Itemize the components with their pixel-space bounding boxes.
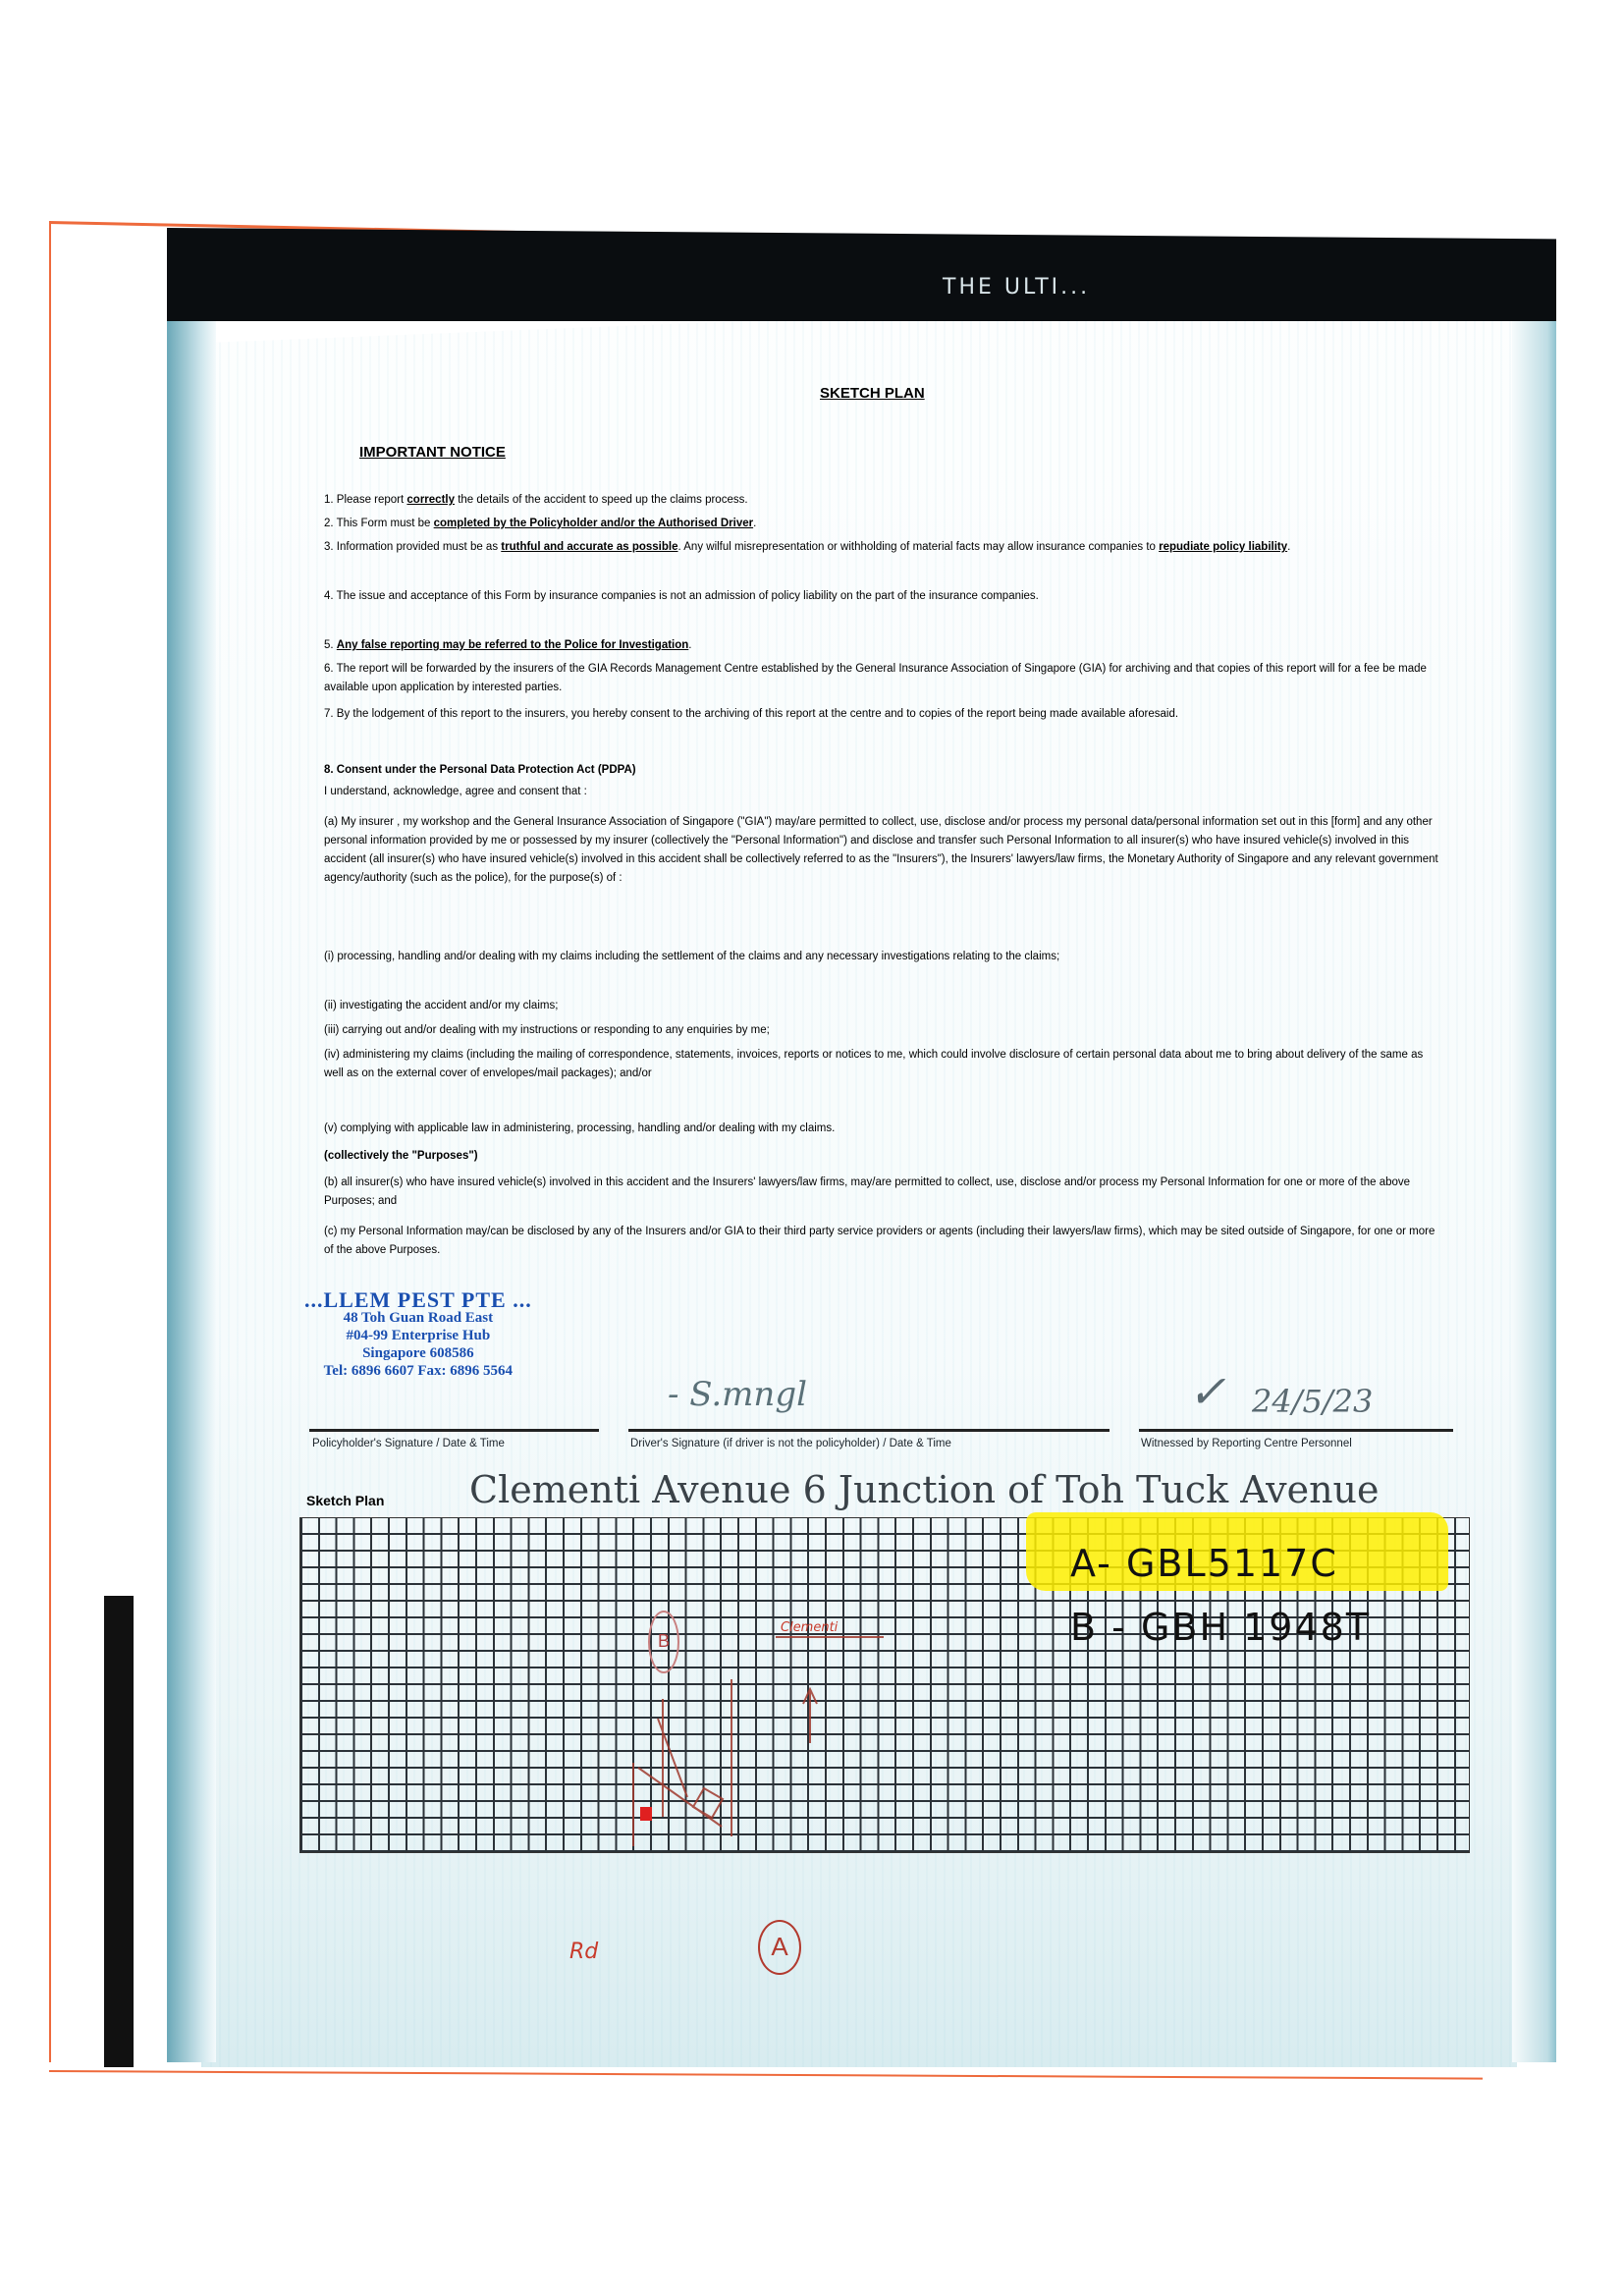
left-black-edge — [104, 1596, 134, 2067]
policyholder-signature-line — [309, 1429, 599, 1432]
witness-signature-line — [1139, 1429, 1453, 1432]
accident-sketch-drawing — [550, 1571, 943, 1866]
notice-item: 5. Any false reporting may be referred t… — [324, 636, 1443, 655]
notice-item: 7. By the lodgement of this report to th… — [324, 705, 1443, 724]
sketch-plan-label: Sketch Plan — [306, 1493, 384, 1508]
purpose-item: (v) complying with applicable law in adm… — [324, 1120, 1443, 1138]
road-label-rd: Rd — [569, 1940, 598, 1964]
pdpa-clause-c: (c) my Personal Information may/can be d… — [324, 1223, 1443, 1260]
witness-date: 24/5/23 — [1252, 1383, 1373, 1420]
notice-item: 3. Information provided must be as truth… — [324, 538, 1443, 557]
notice-item: 6. The report will be forwarded by the i… — [324, 660, 1443, 697]
stamp-address-2: #04-99 Enterprise Hub — [304, 1327, 532, 1344]
stamp-phone: Tel: 6896 6607 Fax: 6896 5564 — [304, 1362, 532, 1380]
stamp-company: ...LLEM PEST PTE ... — [304, 1291, 532, 1309]
driver-signature: - S.mngl — [668, 1375, 807, 1414]
vehicle-a-plate: A- GBL5117C — [1070, 1542, 1338, 1585]
driver-signature-label: Driver's Signature (if driver is not the… — [630, 1436, 1102, 1451]
purposes-label: (collectively the "Purposes") — [324, 1147, 1443, 1166]
page-left-shadow — [167, 295, 216, 2062]
purpose-item: (i) processing, handling and/or dealing … — [324, 948, 1443, 966]
header-band-text: THE ULTI... — [943, 275, 1090, 300]
notice-item: 4. The issue and acceptance of this Form… — [324, 587, 1443, 606]
notice-item: 1. Please report correctly the details o… — [324, 491, 1443, 510]
pdpa-heading: 8. Consent under the Personal Data Prote… — [324, 761, 1443, 780]
driver-signature-line — [628, 1429, 1110, 1432]
policyholder-signature-label: Policyholder's Signature / Date & Time — [312, 1436, 597, 1451]
pdpa-clause-b: (b) all insurer(s) who have insured vehi… — [324, 1174, 1443, 1211]
pdpa-clause-a: (a) My insurer , my workshop and the Gen… — [324, 813, 1443, 888]
road-label-clementi: Clementi — [781, 1620, 838, 1635]
vehicle-b-marker: B — [648, 1611, 679, 1673]
header-dark-band — [167, 228, 1556, 321]
vehicle-b-plate: B - GBH 1948T — [1070, 1606, 1371, 1649]
vehicle-a-marker: A — [758, 1920, 801, 1975]
page-right-edge — [1512, 285, 1556, 2062]
pdpa-intro: I understand, acknowledge, agree and con… — [324, 783, 1443, 801]
purpose-item: (iv) administering my claims (including … — [324, 1046, 1443, 1083]
witness-signature-label: Witnessed by Reporting Centre Personnel — [1141, 1436, 1396, 1451]
sketch-location: Clementi Avenue 6 Junction of Toh Tuck A… — [469, 1468, 1380, 1511]
form-title: SKETCH PLAN — [820, 385, 925, 402]
notice-heading: IMPORTANT NOTICE — [359, 444, 506, 461]
purpose-item: (ii) investigating the accident and/or m… — [324, 997, 1443, 1015]
witness-mark: ✓ — [1188, 1365, 1226, 1418]
stamp-address-3: Singapore 608586 — [304, 1344, 532, 1362]
company-stamp: ...LLEM PEST PTE ... 48 Toh Guan Road Ea… — [304, 1291, 532, 1380]
purpose-item: (iii) carrying out and/or dealing with m… — [324, 1021, 1443, 1040]
notice-item: 2. This Form must be completed by the Po… — [324, 515, 1443, 533]
